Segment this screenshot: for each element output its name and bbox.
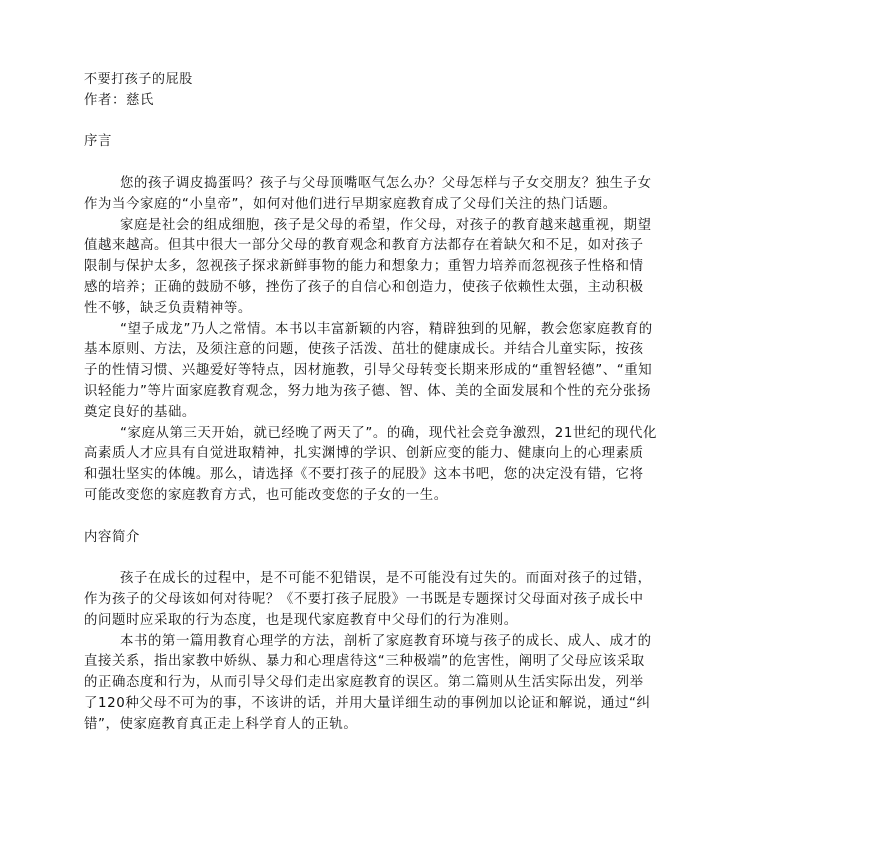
text-line: 的问题时应采取的行为态度，也是现代家庭教育中父母们的行为准则。 [84,611,804,632]
text-line: 和强壮坚实的体魄。那么，请选择《不要打孩子的屁股》这本书吧，您的决定没有错，它将 [84,465,804,486]
spacer [84,548,804,569]
text-line: 直接关系，指出家教中娇纵、暴力和心理虐待这“三种极端”的危害性，阐明了父母应该采… [84,652,804,673]
text-line: 孩子在成长的过程中，是不可能不犯错误，是不可能没有过失的。而面对孩子的过错， [84,569,804,590]
document-page: 不要打孩子的屁股 作者：慈氏 序言 您的孩子调皮捣蛋吗？孩子与父母顶嘴呕气怎么办… [84,70,804,736]
text-line: 限制与保护太多，忽视孩子探求新鲜事物的能力和想象力；重智力培养而忽视孩子性格和情 [84,257,804,278]
spacer [84,112,804,133]
text-line: 可能改变您的家庭教育方式，也可能改变您的子女的一生。 [84,486,804,507]
text-line: 了120种父母不可为的事，不该讲的话，并用大量详细生动的事例加以论证和解说，通过… [84,694,804,715]
text-line: 本书的第一篇用教育心理学的方法，剖析了家庭教育环境与孩子的成长、成人、成才的 [84,632,804,653]
text-line: “望子成龙”乃人之常情。本书以丰富新颖的内容，精辟独到的见解，教会您家庭教育的 [84,320,804,341]
text-line: 识轻能力”等片面家庭教育观念，努力地为孩子德、智、体、美的全面发展和个性的充分张… [84,382,804,403]
author-line: 作者：慈氏 [84,91,804,112]
spacer [84,153,804,174]
summary-heading: 内容简介 [84,528,804,549]
text-line: 您的孩子调皮捣蛋吗？孩子与父母顶嘴呕气怎么办？父母怎样与子女交朋友？独生子女 [84,174,804,195]
preface-paragraph-1: 您的孩子调皮捣蛋吗？孩子与父母顶嘴呕气怎么办？父母怎样与子女交朋友？独生子女 作… [84,174,804,216]
text-line: 错”，使家庭教育真正走上科学育人的正轨。 [84,715,804,736]
text-line: 奠定良好的基础。 [84,403,804,424]
preface-heading: 序言 [84,132,804,153]
text-line: “家庭从第三天开始，就已经晚了两天了”。的确，现代社会竞争激烈，21世纪的现代化 [84,424,804,445]
text-line: 感的培养；正确的鼓励不够，挫伤了孩子的自信心和创造力，使孩子依赖性太强，主动积极 [84,278,804,299]
text-line: 值越来越高。但其中很大一部分父母的教育观念和教育方法都存在着缺欠和不足，如对孩子 [84,236,804,257]
book-title: 不要打孩子的屁股 [84,70,804,91]
spacer [84,507,804,528]
text-line: 的正确态度和行为，从而引导父母们走出家庭教育的误区。第二篇则从生活实际出发，列举 [84,673,804,694]
text-line: 家庭是社会的组成细胞，孩子是父母的希望，作父母，对孩子的教育越来越重视，期望 [84,216,804,237]
text-line: 子的性情习惯、兴趣爱好等特点，因材施教，引导父母转变长期来形成的“重智轻德”、“… [84,361,804,382]
text-line: 基本原则、方法，及须注意的问题，使孩子活泼、茁壮的健康成长。并结合儿童实际，按孩 [84,340,804,361]
text-line: 性不够，缺乏负责精神等。 [84,299,804,320]
preface-paragraph-2: 家庭是社会的组成细胞，孩子是父母的希望，作父母，对孩子的教育越来越重视，期望 值… [84,216,804,320]
summary-paragraph-1: 孩子在成长的过程中，是不可能不犯错误，是不可能没有过失的。而面对孩子的过错， 作… [84,569,804,631]
preface-paragraph-4: “家庭从第三天开始，就已经晚了两天了”。的确，现代社会竞争激烈，21世纪的现代化… [84,424,804,507]
preface-paragraph-3: “望子成龙”乃人之常情。本书以丰富新颖的内容，精辟独到的见解，教会您家庭教育的 … [84,320,804,424]
text-line: 作为当今家庭的“小皇帝”，如何对他们进行早期家庭教育成了父母们关注的热门话题。 [84,195,804,216]
text-line: 作为孩子的父母该如何对待呢？《不要打孩子屁股》一书既是专题探讨父母面对孩子成长中 [84,590,804,611]
summary-paragraph-2: 本书的第一篇用教育心理学的方法，剖析了家庭教育环境与孩子的成长、成人、成才的 直… [84,632,804,736]
text-line: 高素质人才应具有自觉进取精神，扎实渊博的学识、创新应变的能力、健康向上的心理素质 [84,444,804,465]
